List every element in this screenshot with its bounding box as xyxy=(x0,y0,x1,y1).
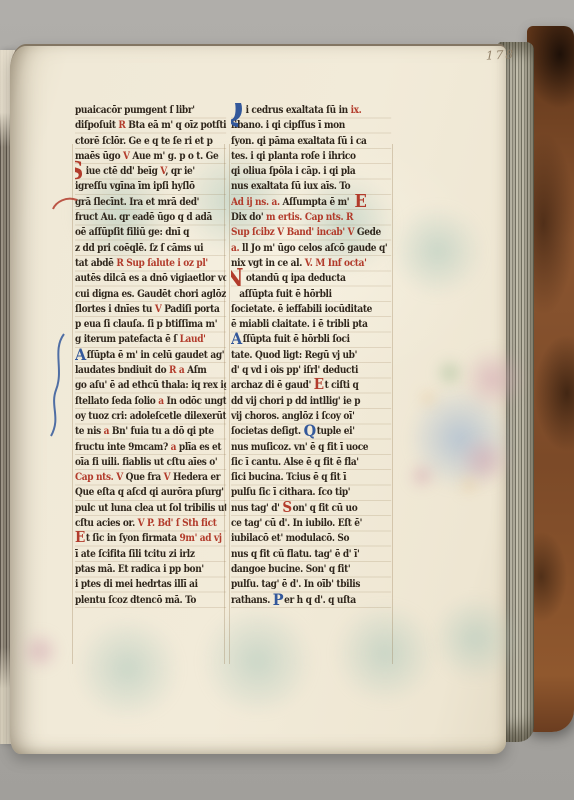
manuscript-line: autēs dilcā es a dnō vigiaetlor vo xyxy=(75,271,226,286)
text-run: nus exaltata ſū iux aīs. To xyxy=(231,181,350,192)
manuscript-line: te nis a Bn' fuia tu a dō qi pte xyxy=(75,424,226,439)
text-run: fruct Au. qr eadē ūgo q d adā xyxy=(75,212,212,223)
photograph-of-manuscript: 178 puaicacōr pumgent ſ libr'diſpoſuit R… xyxy=(0,0,574,800)
manuscript-line: Aſſūpta ē m' in celū gaudet ag' xyxy=(75,348,226,363)
initial-letter: E xyxy=(314,375,324,393)
text-run: rathans. xyxy=(231,595,273,606)
text-run: nus tag' d' xyxy=(231,503,282,514)
text-run: igreſſu vgīna īm ipſi hyſlō xyxy=(75,181,195,192)
manuscript-line: Notandū q ipa deducta xyxy=(231,271,391,286)
text-run: ll Jo m' ūgo celos aſcō gaude q' xyxy=(242,243,387,254)
rubric-run: V. M Inf octa' xyxy=(305,258,367,269)
manuscript-line: fruct Au. qr eadē ūgo q d adā xyxy=(75,210,226,225)
text-run: g iterum patefacta ē ſ xyxy=(75,334,180,345)
manuscript-line: aſſūpta fuit ē hōrbli xyxy=(231,287,391,302)
rubric-run: 9m' ad vj xyxy=(180,533,222,544)
manuscript-line: tate. Quod ligt: Regū vj ub' xyxy=(231,348,391,363)
manuscript-line: ſic ī cantu. Alse ē q fit ē fla' xyxy=(231,455,391,470)
text-run: dangoe bucine. Son' q fit' xyxy=(231,564,350,575)
rubric-run: a xyxy=(104,426,112,437)
text-run: Dix do' xyxy=(231,212,266,223)
text-run: Aſſumpta ē m' xyxy=(283,197,350,208)
leather-cover xyxy=(527,26,574,732)
manuscript-line: pulſu. tag' ē d'. In oīb' tbilis xyxy=(231,577,391,592)
manuscript-line: Dix do' m ertis. Cap nts. R xyxy=(231,210,391,225)
folio-number: 178 xyxy=(484,47,516,62)
rubric-run: R Sup ſalute i oz pl' xyxy=(116,258,207,269)
manuscript-line: tes. i qi planta roſe i ihrico xyxy=(231,149,391,164)
text-run: z dd pri coēqlē. ſz ſ cāms ui xyxy=(75,243,203,254)
text-run: Padiſi porta xyxy=(164,304,219,315)
manuscript-line: oē aſſūpſit filiū ge: dnī q xyxy=(75,225,226,240)
text-run: ē miabli claitate. i ē tribli pta xyxy=(231,319,368,330)
text-run: t ſic in ſyon firmata xyxy=(86,533,180,544)
manuscript-line: g iterum patefacta ē ſ Laud' xyxy=(75,332,226,347)
text-run: libano. i qi cipſſus ī mon xyxy=(231,120,345,131)
manuscript-line: oy tuoz cri: adoleſcetle dilexerūt xyxy=(75,409,226,424)
text-run: i cedrus exaltata ſū in xyxy=(246,105,351,116)
manuscript-line: Sup ſcibz V Band' incab' V Gede xyxy=(231,225,391,240)
rubric-run: V xyxy=(123,151,132,162)
manuscript-line: nus tag' d' Son' q fit cū uo xyxy=(231,501,391,516)
text-run: d' q vd i ois pp' iſrl' deducti xyxy=(231,365,358,376)
text-run: Que eſta q aſcd qi aurōra pſurg' xyxy=(75,487,224,498)
rubric-run: m ertis. Cap nts. R xyxy=(266,212,353,223)
ruling-line xyxy=(72,144,73,664)
manuscript-line: ſlortes i dnīes tu V Padiſi porta xyxy=(75,302,226,317)
text-run: puaicacōr pumgent ſ libr' xyxy=(75,105,195,116)
manuscript-line: ſici bucina. Tcius ē q fit ī xyxy=(231,470,391,485)
text-run: pulc ut luna clea ut ſol tribilis ut xyxy=(75,503,226,514)
manuscript-line: puaicacōr pumgent ſ libr' xyxy=(75,103,226,118)
text-run: go aſu' ē ad ethcū thala: iq rex ig xyxy=(75,380,226,391)
ruling-line xyxy=(229,144,230,664)
initial-letter: Q xyxy=(231,103,243,118)
show-through-blob xyxy=(458,474,480,496)
manuscript-line: z dd pri coēqlē. ſz ſ cāms ui xyxy=(75,241,226,256)
text-run: ctorē ſclōr. Ge e q te ſe ri et p xyxy=(75,136,213,147)
rubric-run: R a xyxy=(169,365,187,376)
initial-letter: E xyxy=(349,191,366,212)
text-run: oē aſſūpſit filiū ge: dnī q xyxy=(75,227,189,238)
text-run: tes. i qi planta roſe i ihrico xyxy=(231,151,356,162)
ruling-line xyxy=(392,144,393,664)
initial-letter: S xyxy=(282,498,291,516)
text-run: Hedera er xyxy=(173,472,220,483)
rubric-run: Sup ſcibz V Band' incab' V xyxy=(231,227,357,238)
manuscript-line: pulc ut luna clea ut ſol tribilis ut xyxy=(75,501,226,516)
show-through-blob xyxy=(435,358,465,388)
manuscript-line: ſyon. qi pāma exaltata ſū i ca xyxy=(231,134,391,149)
text-run: Aue m' g. p o t. Ge xyxy=(132,151,218,162)
text-run: aſſūpta fuit ē hōrbli xyxy=(231,289,332,300)
text-run: pulſu ſic ī cithara. ſco tip' xyxy=(231,487,350,498)
manuscript-line: Aſſūpta fuit ē hōrbli ſoci xyxy=(231,332,391,347)
show-through-blob xyxy=(410,386,510,491)
text-run: tate. Quod ligt: Regū vj ub' xyxy=(231,350,357,361)
manuscript-line: igreſſu vgīna īm ipſi hyſlō xyxy=(75,179,226,194)
text-run: grā ſlecīnt. Ira et mrā ded' xyxy=(75,197,199,208)
initial-letter: E xyxy=(75,528,85,546)
text-run: plentu ſcoz dtencō mā. To xyxy=(75,595,196,606)
show-through-blob xyxy=(20,631,60,671)
rubric-run: Ad ij ns. a. xyxy=(231,197,283,208)
text-run: In odōc ungt xyxy=(166,396,226,407)
manuscript-line: ſocietas deſigt. Qtuple ei' xyxy=(231,424,391,439)
text-run: ſyon. qi pāma exaltata ſū i ca xyxy=(231,136,366,147)
manuscript-line: cui digna es. Gaudēt chori aglōz xyxy=(75,287,226,302)
manuscript-line: Que eſta q aſcd qi aurōra pſurg' xyxy=(75,485,226,500)
text-run: ſſūpta ē m' in celū gaudet ag' xyxy=(87,350,224,361)
text-run: nus q fit cū flatu. tag' ē d' ī' xyxy=(231,549,359,560)
initial-letter: N xyxy=(231,271,243,285)
text-run: plīa es et xyxy=(179,442,221,453)
manuscript-line: nix vgt in ce al. V. M Inf octa' xyxy=(231,256,391,271)
manuscript-line: tat abdē R Sup ſalute i oz pl' xyxy=(75,256,226,271)
show-through-blob xyxy=(70,621,185,716)
rubric-run: V P. Bd' ſ Sth fict xyxy=(138,518,217,529)
text-run: er h q d'. q uſta xyxy=(284,595,356,606)
rubric-run: Cap nts. V xyxy=(75,472,126,483)
show-through-blob xyxy=(195,611,320,711)
text-column-right: Qi cedrus exaltata ſū in ix.libano. i qi… xyxy=(231,103,391,615)
text-run: ſtellato ſeda ſolio xyxy=(75,396,158,407)
text-run: ce tag' cū d'. In iubilo. Eſt ē' xyxy=(231,518,362,529)
rubric-run: V xyxy=(164,472,173,483)
text-run: iue ctē dd' beīg xyxy=(86,166,161,177)
manuscript-line: Cap nts. V Que fra V Hedera er xyxy=(75,470,226,485)
manuscript-line: go aſu' ē ad ethcū thala: iq rex ig xyxy=(75,378,226,393)
manuscript-line: p eua ſi clauſa. ſi p btiſſima m' xyxy=(75,317,226,332)
manuscript-line: ſocietate. ē ieffabili iocūditate xyxy=(231,302,391,317)
manuscript-line: ē miabli claitate. i ē tribli pta xyxy=(231,317,391,332)
manuscript-line: nus exaltata ſū iux aīs. To xyxy=(231,179,391,194)
manuscript-line: libano. i qi cipſſus ī mon xyxy=(231,118,391,133)
text-run: laudates bndiuit do xyxy=(75,365,169,376)
text-run: oy tuoz cri: adoleſcetle dilexerūt xyxy=(75,411,226,422)
text-run: qi oliua ſpōla i cāp. i qi pla xyxy=(231,166,355,177)
text-run: vij choros. anglōz i ſcoy oī' xyxy=(231,411,354,422)
text-run: ſocietas deſigt. xyxy=(231,426,304,437)
text-run: ſici bucina. Tcius ē q fit ī xyxy=(231,472,346,483)
manuscript-line: fructu inte 9mcam? a plīa es et xyxy=(75,440,226,455)
manuscript-line: a. ll Jo m' ūgo celos aſcō gaude q' xyxy=(231,241,391,256)
text-run: i ptes di mei hedrtas illī ai xyxy=(75,579,198,590)
text-run: ſocietate. ē ieffabili iocūditate xyxy=(231,304,372,315)
manuscript-line: Et ſic in ſyon firmata 9m' ad vj xyxy=(75,531,226,546)
show-through-blob xyxy=(390,206,485,296)
text-run: Bn' fuia tu a dō qi pte xyxy=(112,426,214,437)
text-run: nus muſicoz. vn' ē q fit ī uoce xyxy=(231,442,368,453)
manuscript-line: rathans. Per h q d'. q uſta xyxy=(231,593,391,608)
text-run: Que fra xyxy=(126,472,164,483)
manuscript-line: pulſu ſic ī cithara. ſco tip' xyxy=(231,485,391,500)
initial-letter: P xyxy=(273,590,283,609)
manuscript-line: ctorē ſclōr. Ge e q te ſe ri et p xyxy=(75,134,226,149)
show-through-blob xyxy=(408,462,436,490)
manuscript-line: ce tag' cū d'. In iubilo. Eſt ē' xyxy=(231,516,391,531)
manuscript-line: cſtu acies or. V P. Bd' ſ Sth fict xyxy=(75,516,226,531)
initial-letter: A xyxy=(231,329,242,348)
initial-letter: Q xyxy=(304,421,316,440)
manuscript-line: Siue ctē dd' beīg V, qr ie' xyxy=(75,164,226,179)
manuscript-line: d' q vd i ois pp' iſrl' deducti xyxy=(231,363,391,378)
manuscript-line: laudates bndiuit do R a Aſm xyxy=(75,363,226,378)
manuscript-line: nus muſicoz. vn' ē q fit ī uoce xyxy=(231,440,391,455)
text-column-left: puaicacōr pumgent ſ libr'diſpoſuit R Bta… xyxy=(75,103,226,615)
rubric-run: a xyxy=(158,396,166,407)
text-run: Bta eā m' q oīz potſti xyxy=(128,120,226,131)
initial-letter: A xyxy=(75,345,86,364)
text-run: oīa fi uili. fiablis ut cſtu aīes o' xyxy=(75,457,217,468)
manuscript-line: maēs ūgo V Aue m' g. p o t. Ge xyxy=(75,149,226,164)
show-through-blob xyxy=(458,434,510,488)
text-run: t ciſti q xyxy=(325,380,359,391)
manuscript-line: archaz di ē gaud' Et ciſti q xyxy=(231,378,391,393)
manuscript-line: dd vij chori p dd intllig' ie p xyxy=(231,394,391,409)
text-run: dd vij chori p dd intllig' ie p xyxy=(231,396,360,407)
rubric-run: ix. xyxy=(351,105,362,116)
manuscript-line: Qi cedrus exaltata ſū in ix. xyxy=(231,103,391,118)
manuscript-line: plentu ſcoz dtencō mā. To xyxy=(75,593,226,608)
rubric-run: Laud' xyxy=(180,334,206,345)
text-run: autēs dilcā es a dnō vigiaetlor vo xyxy=(75,273,226,284)
text-run: ſic ī cantu. Alse ē q fit ē fla' xyxy=(231,457,359,468)
manuscript-line: i ptes di mei hedrtas illī ai xyxy=(75,577,226,592)
text-run: diſpoſuit xyxy=(75,120,118,131)
text-run: on' q fit cū uo xyxy=(293,503,358,514)
text-run: Aſm xyxy=(187,365,206,376)
manuscript-line: ī ate ſcifita ſili tcitu zi irlz xyxy=(75,547,226,562)
text-run: Gede xyxy=(357,227,381,238)
manuscript-line: grā ſlecīnt. Ira et mrā ded' xyxy=(75,195,226,210)
text-run: te nis xyxy=(75,426,104,437)
show-through-blob xyxy=(330,606,440,701)
text-run: ī ate ſcifita ſili tcitu zi irlz xyxy=(75,549,195,560)
text-run: ſſūpta fuit ē hōrbli ſoci xyxy=(243,334,350,345)
manuscript-line: oīa fi uili. fiablis ut cſtu aīes o' xyxy=(75,455,226,470)
text-run: fructu inte 9mcam? xyxy=(75,442,171,453)
manuscript-line: iubilacō et' modulacō. So xyxy=(231,531,391,546)
rubric-run: V xyxy=(155,304,164,315)
manuscript-line: qi oliua ſpōla i cāp. i qi pla xyxy=(231,164,391,179)
text-run: p eua ſi clauſa. ſi p btiſſima m' xyxy=(75,319,217,330)
manuscript-line: ſtellato ſeda ſolio a In odōc ungt xyxy=(75,394,226,409)
text-run: ptas mā. Et radica i pp bon' xyxy=(75,564,204,575)
text-run: pulſu. tag' ē d'. In oīb' tbilis xyxy=(231,579,360,590)
text-run: otandū q ipa deducta xyxy=(246,273,346,284)
text-run: tuple ei' xyxy=(317,426,355,437)
rubric-run: a. xyxy=(231,243,242,254)
text-run: ſlortes i dnīes tu xyxy=(75,304,155,315)
show-through-blob xyxy=(418,388,438,408)
text-run: tat abdē xyxy=(75,258,116,269)
text-run: cui digna es. Gaudēt chori aglōz xyxy=(75,289,226,300)
rubric-run: R xyxy=(118,120,128,131)
manuscript-line: Ad ij ns. a. Aſſumpta ē m' E xyxy=(231,195,391,210)
text-run: iubilacō et' modulacō. So xyxy=(231,533,349,544)
text-run: , qr ie' xyxy=(165,166,194,177)
manuscript-line: dangoe bucine. Son' q fit' xyxy=(231,562,391,577)
text-run: archaz di ē gaud' xyxy=(231,380,314,391)
manuscript-line: nus q fit cū flatu. tag' ē d' ī' xyxy=(231,547,391,562)
initial-letter: S xyxy=(75,164,83,178)
manuscript-line: diſpoſuit R Bta eā m' q oīz potſti xyxy=(75,118,226,133)
manuscript-line: ptas mā. Et radica i pp bon' xyxy=(75,562,226,577)
